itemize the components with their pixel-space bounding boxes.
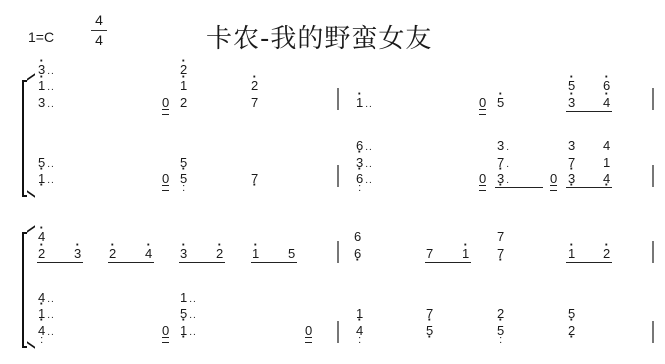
note: 7	[251, 96, 258, 110]
song-title: 卡农-我的野蛮女友	[206, 18, 432, 55]
note: 7.	[497, 156, 510, 172]
note: 3..	[356, 156, 373, 172]
note: 2	[497, 307, 504, 321]
note: 7	[568, 156, 575, 170]
beam	[251, 262, 297, 263]
note: 7	[426, 307, 433, 321]
rest: 0	[162, 172, 169, 186]
note: 4	[145, 247, 152, 261]
note: 2	[251, 79, 258, 93]
note: 4..	[38, 291, 55, 307]
barline	[337, 321, 339, 343]
note: 4	[603, 96, 610, 110]
barline	[652, 88, 654, 110]
beam	[566, 262, 612, 263]
note: 5	[180, 172, 187, 186]
note: 3	[568, 96, 575, 110]
time-signature-divider	[91, 30, 107, 31]
beam	[179, 262, 225, 263]
system-bracket-2	[22, 232, 27, 348]
note: 4	[356, 324, 363, 338]
barline	[652, 165, 654, 187]
note: 7	[497, 247, 504, 261]
beam	[566, 111, 612, 112]
note: 4	[603, 139, 610, 153]
note: 4..	[38, 324, 55, 340]
note: 1..	[38, 172, 55, 188]
time-signature-top: 4	[91, 12, 107, 29]
beam	[108, 262, 154, 263]
time-signature: 4 4	[91, 12, 107, 49]
note: 1..	[38, 307, 55, 323]
note: 5	[497, 324, 504, 338]
note: 6	[354, 230, 361, 244]
note: 1..	[38, 79, 55, 95]
note: 3.	[497, 172, 510, 188]
barline	[337, 165, 339, 187]
note: 2	[216, 247, 223, 261]
note: 5..	[180, 307, 197, 323]
note: 2	[109, 247, 116, 261]
note: 2	[38, 247, 45, 261]
note: 1..	[180, 291, 197, 307]
rest: 0	[162, 324, 169, 338]
barline	[337, 88, 339, 110]
note: 6..	[356, 139, 373, 155]
note: 2	[603, 247, 610, 261]
note: 5	[426, 324, 433, 338]
beam	[566, 187, 612, 188]
note: 1..	[180, 324, 197, 340]
rest: 0	[162, 96, 169, 110]
barline	[652, 321, 654, 343]
note: 7	[426, 247, 433, 261]
note: 1	[356, 307, 363, 321]
note: 5	[568, 307, 575, 321]
key-signature: 1=C	[28, 29, 54, 45]
rest: 0	[479, 96, 486, 110]
note: 4	[603, 172, 610, 186]
rest: 0	[305, 324, 312, 338]
rest: 0	[479, 172, 486, 186]
note: 1	[462, 247, 469, 261]
note: 3	[74, 247, 81, 261]
note: 3.	[497, 139, 510, 155]
rest: 0	[550, 172, 557, 186]
note: 6..	[356, 172, 373, 188]
note: 1	[603, 156, 610, 170]
beam	[425, 262, 471, 263]
note: 3	[568, 172, 575, 186]
note: 1..	[356, 96, 373, 112]
note: 5..	[38, 156, 55, 172]
system-bracket-1	[22, 80, 27, 197]
beam	[495, 187, 543, 188]
note: 3..	[38, 96, 55, 112]
note: 7	[497, 230, 504, 244]
note: 7	[251, 172, 258, 186]
barline	[652, 241, 654, 263]
note: 1	[568, 247, 575, 261]
note: 6	[354, 247, 361, 261]
time-signature-bottom: 4	[91, 32, 107, 49]
note: 3	[180, 247, 187, 261]
note: 1	[180, 79, 187, 93]
note: 5	[288, 247, 295, 261]
barline	[337, 241, 339, 263]
beam	[37, 262, 83, 263]
note: 5	[497, 96, 504, 110]
note: 1	[252, 247, 259, 261]
note: 5	[180, 156, 187, 170]
note: 3	[568, 139, 575, 153]
note: 2	[180, 96, 187, 110]
note: 2	[568, 324, 575, 338]
